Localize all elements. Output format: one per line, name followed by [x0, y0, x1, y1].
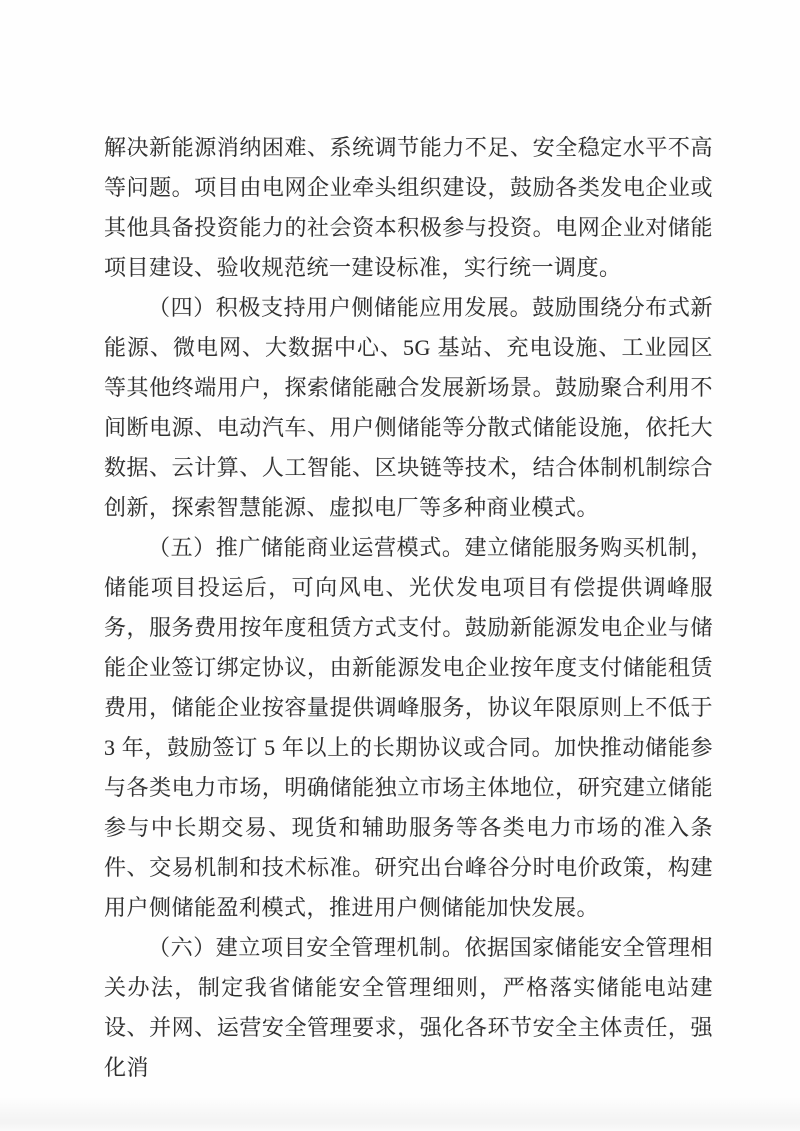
scan-artifact-band: [0, 1097, 800, 1131]
paragraph-section-6: （六）建立项目安全管理机制。依据国家储能安全管理相关办法，制定我省储能安全管理细…: [104, 928, 713, 1088]
document-page: 解决新能源消纳困难、系统调节能力不足、安全稳定水平不高等问题。项目由电网企业牵头…: [0, 0, 800, 1131]
document-body: 解决新能源消纳困难、系统调节能力不足、安全稳定水平不高等问题。项目由电网企业牵头…: [104, 128, 713, 1088]
paragraph-section-4: （四）积极支持用户侧储能应用发展。鼓励围绕分布式新能源、微电网、大数据中心、5G…: [104, 288, 713, 528]
paragraph-continuation: 解决新能源消纳困难、系统调节能力不足、安全稳定水平不高等问题。项目由电网企业牵头…: [104, 128, 713, 288]
paragraph-section-5: （五）推广储能商业运营模式。建立储能服务购买机制，储能项目投运后，可向风电、光伏…: [104, 528, 713, 928]
